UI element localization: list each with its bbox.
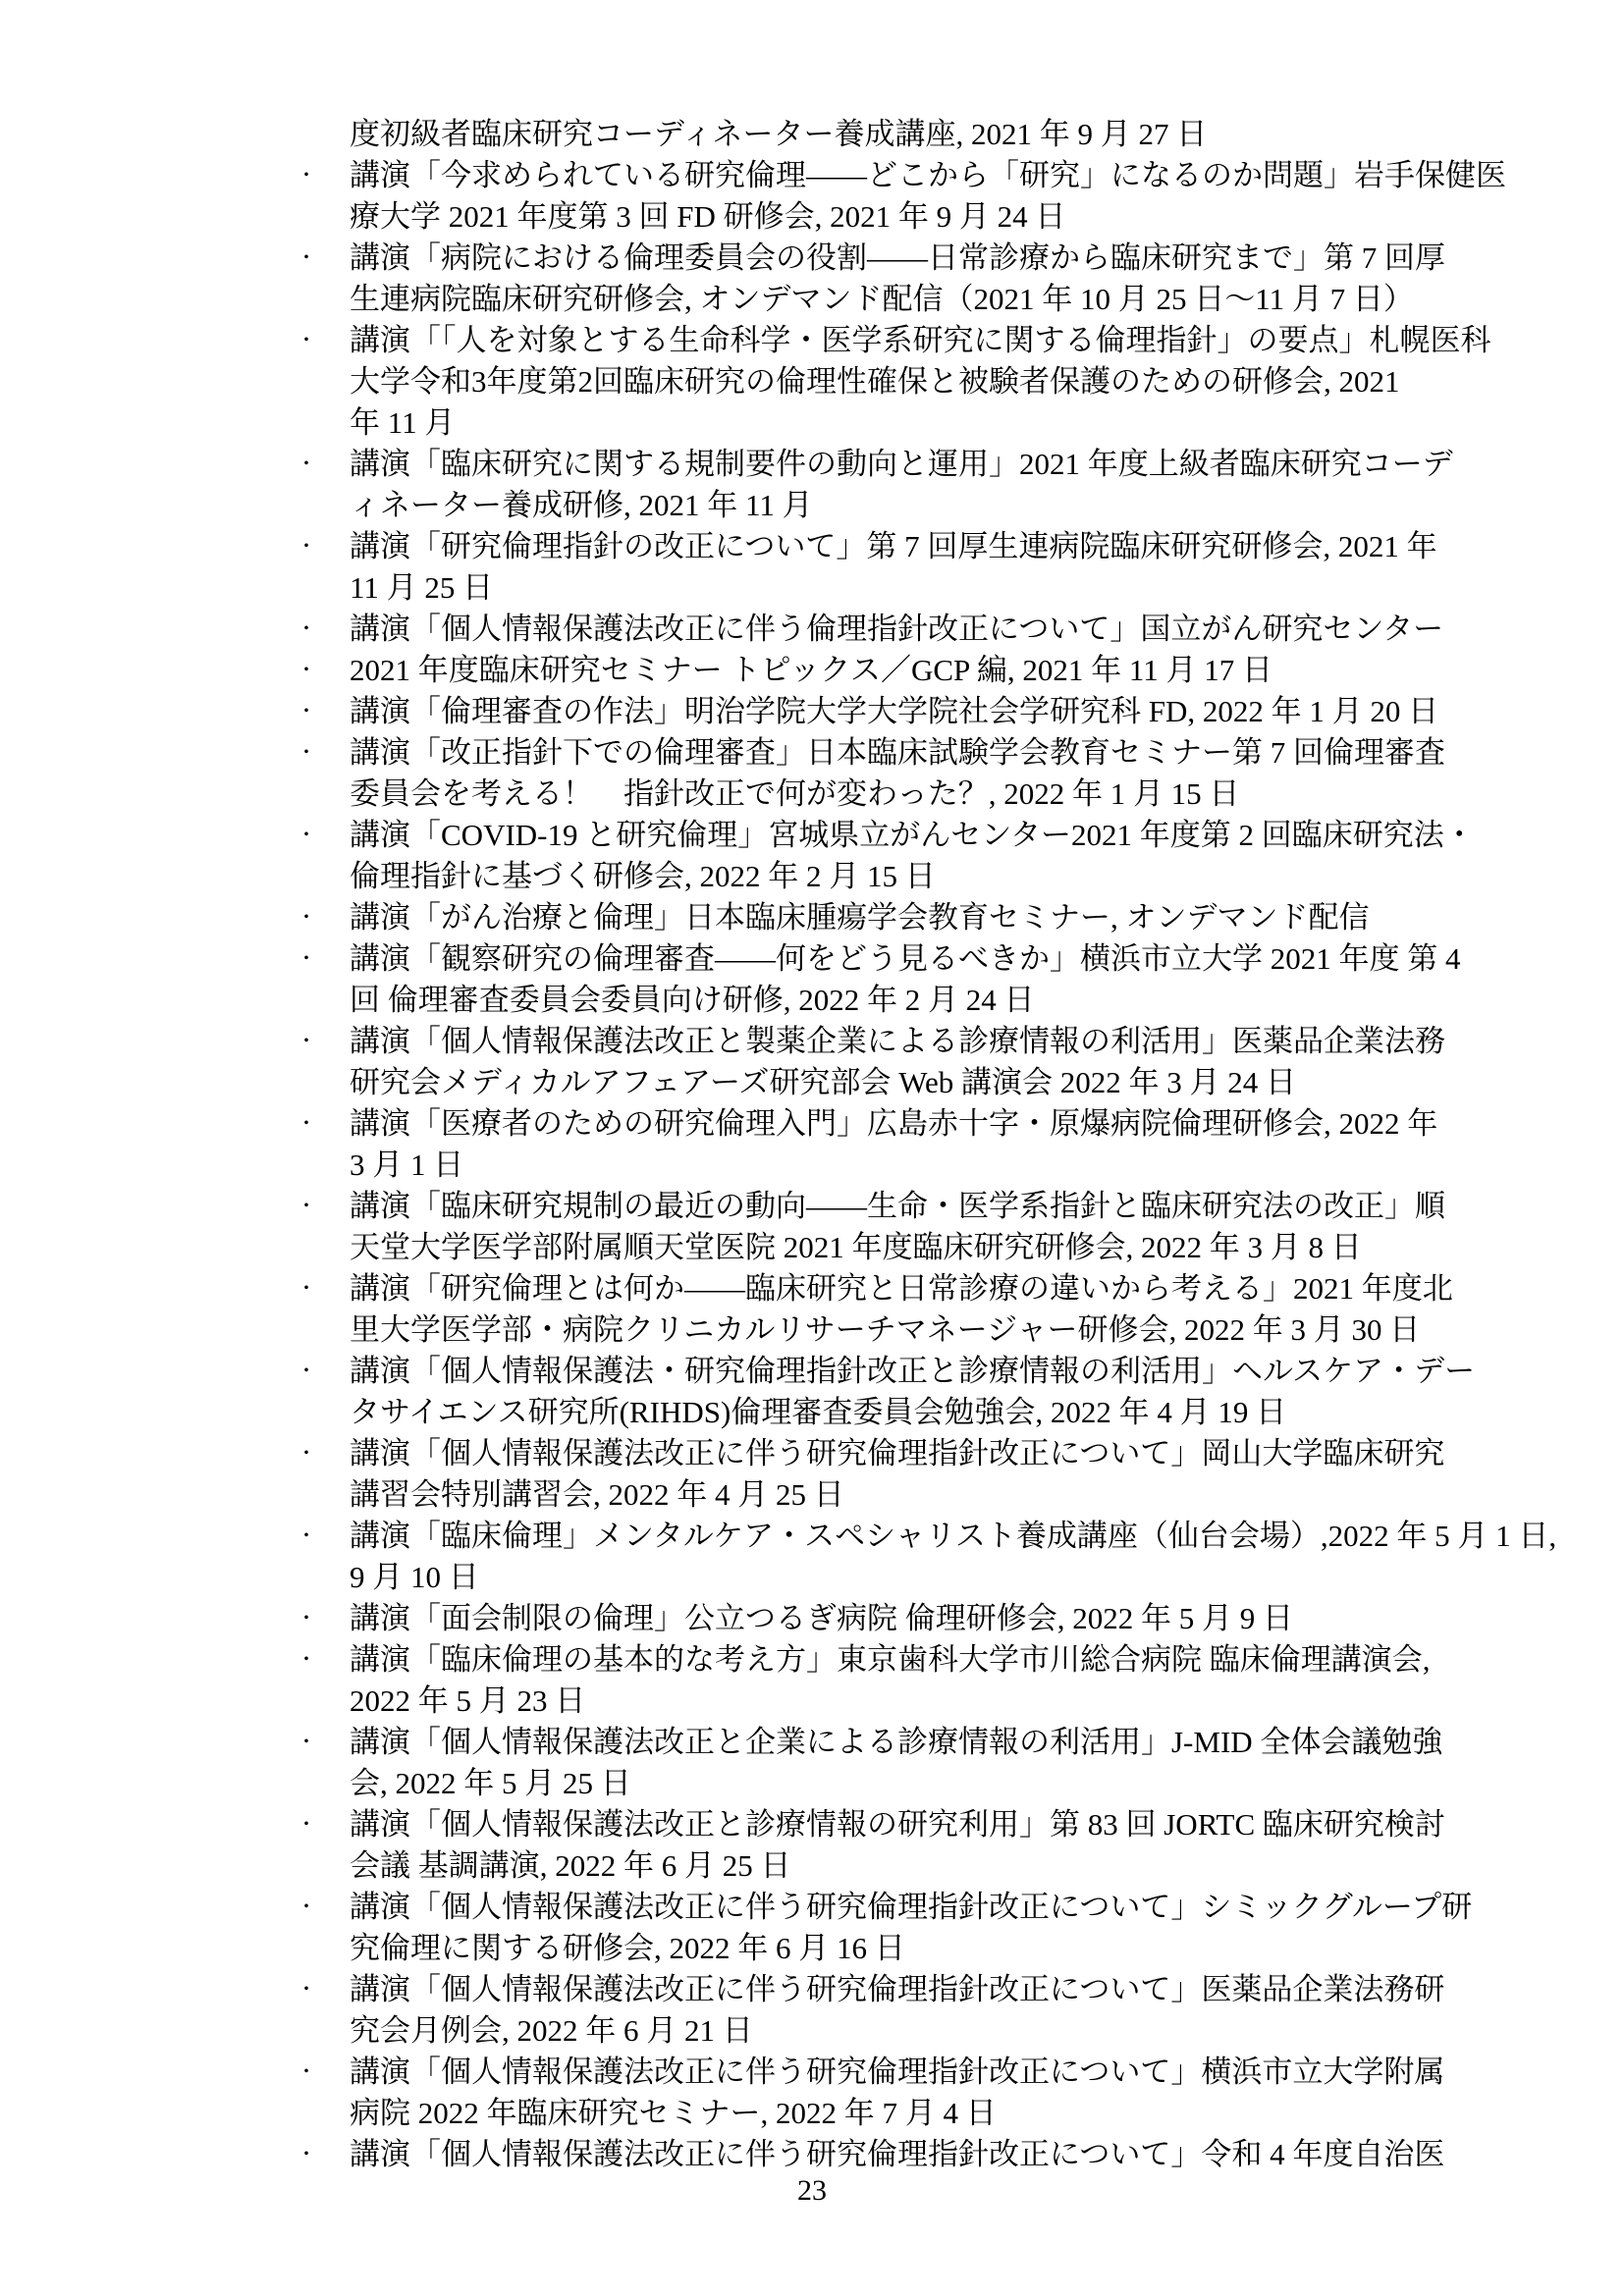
bullet-marker-icon: ・ <box>297 1639 316 1681</box>
list-line: 会議 基調講演, 2022 年 6 月 25 日 <box>350 1845 1395 1887</box>
bullet-marker-icon: ・ <box>297 2052 316 2093</box>
list-item: ・講演「臨床倫理」メンタルケア・スペシャリスト養成講座（仙台会場）,2022 年… <box>350 1516 1395 1598</box>
list-line: 年 11 月 <box>350 402 1395 444</box>
document-page: 度初級者臨床研究コーディネーター養成講座, 2021 年 9 月 27 日・講演… <box>0 0 1624 2296</box>
list-item: ・講演「今求められている研究倫理――どこから「研究」になるのか問題」岩手保健医療… <box>350 155 1395 238</box>
list-line: 研究会メディカルアフェアーズ研究部会 Web 講演会 2022 年 3 月 24… <box>350 1062 1395 1103</box>
list-item: ・講演「個人情報保護法改正に伴う研究倫理指針改正について」岡山大学臨床研究講習会… <box>350 1433 1395 1516</box>
list-line: 講演「研究倫理とは何か――臨床研究と日常診療の違いから考える」2021 年度北 <box>350 1268 1395 1309</box>
bullet-marker-icon: ・ <box>297 1516 316 1557</box>
list-item: ・講演「医療者のための研究倫理入門」広島赤十字・原爆病院倫理研修会, 2022 … <box>350 1103 1395 1186</box>
list-line: タサイエンス研究所(RIHDS)倫理審査委員会勉強会, 2022 年 4 月 1… <box>350 1392 1395 1433</box>
list-line: 講演「個人情報保護法改正に伴う研究倫理指針改正について」岡山大学臨床研究 <box>350 1433 1395 1474</box>
list-line: 講演「臨床研究規制の最近の動向――生命・医学系指針と臨床研究法の改正」順 <box>350 1186 1395 1227</box>
bullet-marker-icon: ・ <box>297 691 316 732</box>
list-line: 講演「医療者のための研究倫理入門」広島赤十字・原爆病院倫理研修会, 2022 年 <box>350 1103 1395 1145</box>
list-item: ・講演「臨床研究規制の最近の動向――生命・医学系指針と臨床研究法の改正」順天堂大… <box>350 1186 1395 1268</box>
list-item: ・講演「面会制限の倫理」公立つるぎ病院 倫理研修会, 2022 年 5 月 9 … <box>350 1598 1395 1639</box>
list-item: ・講演「臨床倫理の基本的な考え方」東京歯科大学市川総合病院 臨床倫理講演会,20… <box>350 1639 1395 1722</box>
list-item: ・講演「個人情報保護法改正に伴う研究倫理指針改正について」令和 4 年度自治医 <box>350 2134 1395 2175</box>
list-line: 講演「観察研究の倫理審査――何をどう見るべきか」横浜市立大学 2021 年度 第… <box>350 938 1395 980</box>
bullet-marker-icon: ・ <box>297 238 316 279</box>
list-item: ・講演「個人情報保護法改正に伴う研究倫理指針改正について」横浜市立大学附属病院 … <box>350 2052 1395 2134</box>
list-line: 講演「研究倫理指針の改正について」第 7 回厚生連病院臨床研究研修会, 2021… <box>350 526 1395 567</box>
list-item: ・講演「「人を対象とする生命科学・医学系研究に関する倫理指針」の要点」札幌医科大… <box>350 320 1395 444</box>
list-line: 講演「個人情報保護法改正に伴う研究倫理指針改正について」シミックグループ研 <box>350 1887 1395 1928</box>
list-item: ・講演「研究倫理指針の改正について」第 7 回厚生連病院臨床研究研修会, 202… <box>350 526 1395 609</box>
bullet-marker-icon: ・ <box>297 938 316 980</box>
bullet-marker-icon: ・ <box>297 732 316 774</box>
list-item: ・講演「観察研究の倫理審査――何をどう見るべきか」横浜市立大学 2021 年度 … <box>350 938 1395 1021</box>
list-line: 回 倫理審査委員会委員向け研修, 2022 年 2 月 24 日 <box>350 980 1395 1021</box>
list-line: 療大学 2021 年度第 3 回 FD 研修会, 2021 年 9 月 24 日 <box>350 196 1395 238</box>
bullet-marker-icon: ・ <box>297 1804 316 1845</box>
bullet-marker-icon: ・ <box>297 1969 316 2010</box>
list-item: ・講演「改正指針下での倫理審査」日本臨床試験学会教育セミナー第 7 回倫理審査委… <box>350 732 1395 815</box>
list-line: 講演「臨床倫理の基本的な考え方」東京歯科大学市川総合病院 臨床倫理講演会, <box>350 1639 1395 1681</box>
list-item: ・講演「病院における倫理委員会の役割――日常診療から臨床研究まで」第 7 回厚生… <box>350 238 1395 320</box>
bullet-marker-icon: ・ <box>297 155 316 196</box>
list-line: 2021 年度臨床研究セミナー トピックス／GCP 編, 2021 年 11 月… <box>350 650 1395 691</box>
list-line: 度初級者臨床研究コーディネーター養成講座, 2021 年 9 月 27 日 <box>350 114 1395 155</box>
bullet-marker-icon: ・ <box>297 1103 316 1145</box>
bullet-marker-icon: ・ <box>297 609 316 650</box>
list-item: 度初級者臨床研究コーディネーター養成講座, 2021 年 9 月 27 日 <box>350 114 1395 155</box>
list-line: 講演「臨床研究に関する規制要件の動向と運用」2021 年度上級者臨床研究コーデ <box>350 444 1395 485</box>
list-line: 講演「面会制限の倫理」公立つるぎ病院 倫理研修会, 2022 年 5 月 9 日 <box>350 1598 1395 1639</box>
list-item: ・講演「個人情報保護法・研究倫理指針改正と診療情報の利活用」ヘルスケア・データサ… <box>350 1351 1395 1433</box>
list-line: 講演「病院における倫理委員会の役割――日常診療から臨床研究まで」第 7 回厚 <box>350 238 1395 279</box>
lecture-list: 度初級者臨床研究コーディネーター養成講座, 2021 年 9 月 27 日・講演… <box>350 114 1395 2175</box>
list-item: ・2021 年度臨床研究セミナー トピックス／GCP 編, 2021 年 11 … <box>350 650 1395 691</box>
list-line: 講演「今求められている研究倫理――どこから「研究」になるのか問題」岩手保健医 <box>350 155 1395 196</box>
list-line: 究会月例会, 2022 年 6 月 21 日 <box>350 2010 1395 2052</box>
list-line: 講演「個人情報保護法・研究倫理指針改正と診療情報の利活用」ヘルスケア・デー <box>350 1351 1395 1392</box>
list-line: 3 月 1 日 <box>350 1145 1395 1186</box>
list-item: ・講演「個人情報保護法改正と診療情報の研究利用」第 83 回 JORTC 臨床研… <box>350 1804 1395 1887</box>
list-line: 講演「改正指針下での倫理審査」日本臨床試験学会教育セミナー第 7 回倫理審査 <box>350 732 1395 774</box>
list-line: 9 月 10 日 <box>350 1557 1395 1598</box>
list-line: 里大学医学部・病院クリニカルリサーチマネージャー研修会, 2022 年 3 月 … <box>350 1309 1395 1351</box>
list-item: ・講演「がん治療と倫理」日本臨床腫瘍学会教育セミナー, オンデマンド配信 <box>350 897 1395 938</box>
list-item: ・講演「倫理審査の作法」明治学院大学大学院社会学研究科 FD, 2022 年 1… <box>350 691 1395 732</box>
list-line: 究倫理に関する研修会, 2022 年 6 月 16 日 <box>350 1928 1395 1969</box>
list-item: ・講演「臨床研究に関する規制要件の動向と運用」2021 年度上級者臨床研究コーデ… <box>350 444 1395 526</box>
list-line: 2022 年 5 月 23 日 <box>350 1681 1395 1722</box>
list-line: 講演「個人情報保護法改正と製薬企業による診療情報の利活用」医薬品企業法務 <box>350 1021 1395 1062</box>
list-line: 講習会特別講習会, 2022 年 4 月 25 日 <box>350 1474 1395 1516</box>
bullet-marker-icon: ・ <box>297 1186 316 1227</box>
list-item: ・講演「個人情報保護法改正に伴う研究倫理指針改正について」医薬品企業法務研究会月… <box>350 1969 1395 2052</box>
list-line: 講演「臨床倫理」メンタルケア・スペシャリスト養成講座（仙台会場）,2022 年 … <box>350 1516 1395 1557</box>
list-line: 講演「倫理審査の作法」明治学院大学大学院社会学研究科 FD, 2022 年 1 … <box>350 691 1395 732</box>
list-line: 講演「「人を対象とする生命科学・医学系研究に関する倫理指針」の要点」札幌医科 <box>350 320 1395 361</box>
list-line: 生連病院臨床研究研修会, オンデマンド配信（2021 年 10 月 25 日～1… <box>350 279 1395 320</box>
list-line: 委員会を考える！ 指針改正で何が変わった？, 2022 年 1 月 15 日 <box>350 774 1395 815</box>
list-line: 講演「個人情報保護法改正に伴う研究倫理指針改正について」横浜市立大学附属 <box>350 2052 1395 2093</box>
bullet-marker-icon: ・ <box>297 444 316 485</box>
bullet-marker-icon: ・ <box>297 1722 316 1763</box>
list-item: ・講演「個人情報保護法改正に伴う倫理指針改正について」国立がん研究センター <box>350 609 1395 650</box>
list-line: 講演「COVID-19 と研究倫理」宮城県立がんセンター2021 年度第 2 回… <box>350 815 1395 856</box>
list-line: ィネーター養成研修, 2021 年 11 月 <box>350 485 1395 526</box>
bullet-marker-icon: ・ <box>297 650 316 691</box>
list-line: 倫理指針に基づく研修会, 2022 年 2 月 15 日 <box>350 856 1395 897</box>
bullet-marker-icon: ・ <box>297 320 316 361</box>
bullet-marker-icon: ・ <box>297 1433 316 1474</box>
list-line: 講演「個人情報保護法改正と診療情報の研究利用」第 83 回 JORTC 臨床研究… <box>350 1804 1395 1845</box>
list-line: 講演「個人情報保護法改正に伴う研究倫理指針改正について」医薬品企業法務研 <box>350 1969 1395 2010</box>
list-line: 天堂大学医学部附属順天堂医院 2021 年度臨床研究研修会, 2022 年 3 … <box>350 1227 1395 1268</box>
bullet-marker-icon: ・ <box>297 815 316 856</box>
list-line: 会, 2022 年 5 月 25 日 <box>350 1763 1395 1804</box>
bullet-marker-icon: ・ <box>297 1268 316 1309</box>
list-line: 講演「個人情報保護法改正に伴う研究倫理指針改正について」令和 4 年度自治医 <box>350 2134 1395 2175</box>
list-line: 講演「がん治療と倫理」日本臨床腫瘍学会教育セミナー, オンデマンド配信 <box>350 897 1395 938</box>
list-line: 講演「個人情報保護法改正に伴う倫理指針改正について」国立がん研究センター <box>350 609 1395 650</box>
list-line: 11 月 25 日 <box>350 567 1395 609</box>
bullet-marker-icon: ・ <box>297 1598 316 1639</box>
list-item: ・講演「個人情報保護法改正に伴う研究倫理指針改正について」シミックグループ研究倫… <box>350 1887 1395 1969</box>
list-item: ・講演「COVID-19 と研究倫理」宮城県立がんセンター2021 年度第 2 … <box>350 815 1395 897</box>
bullet-marker-icon: ・ <box>297 2134 316 2175</box>
bullet-marker-icon: ・ <box>297 1021 316 1062</box>
list-item: ・講演「研究倫理とは何か――臨床研究と日常診療の違いから考える」2021 年度北… <box>350 1268 1395 1351</box>
page-number: 23 <box>0 2171 1624 2211</box>
bullet-marker-icon: ・ <box>297 526 316 567</box>
bullet-marker-icon: ・ <box>297 1887 316 1928</box>
list-line: 大学令和3年度第2回臨床研究の倫理性確保と被験者保護のための研修会, 2021 <box>350 361 1395 402</box>
list-line: 講演「個人情報保護法改正と企業による診療情報の利活用」J-MID 全体会議勉強 <box>350 1722 1395 1763</box>
bullet-marker-icon: ・ <box>297 897 316 938</box>
list-line: 病院 2022 年臨床研究セミナー, 2022 年 7 月 4 日 <box>350 2093 1395 2134</box>
bullet-marker-icon: ・ <box>297 1351 316 1392</box>
list-item: ・講演「個人情報保護法改正と製薬企業による診療情報の利活用」医薬品企業法務研究会… <box>350 1021 1395 1103</box>
list-item: ・講演「個人情報保護法改正と企業による診療情報の利活用」J-MID 全体会議勉強… <box>350 1722 1395 1804</box>
